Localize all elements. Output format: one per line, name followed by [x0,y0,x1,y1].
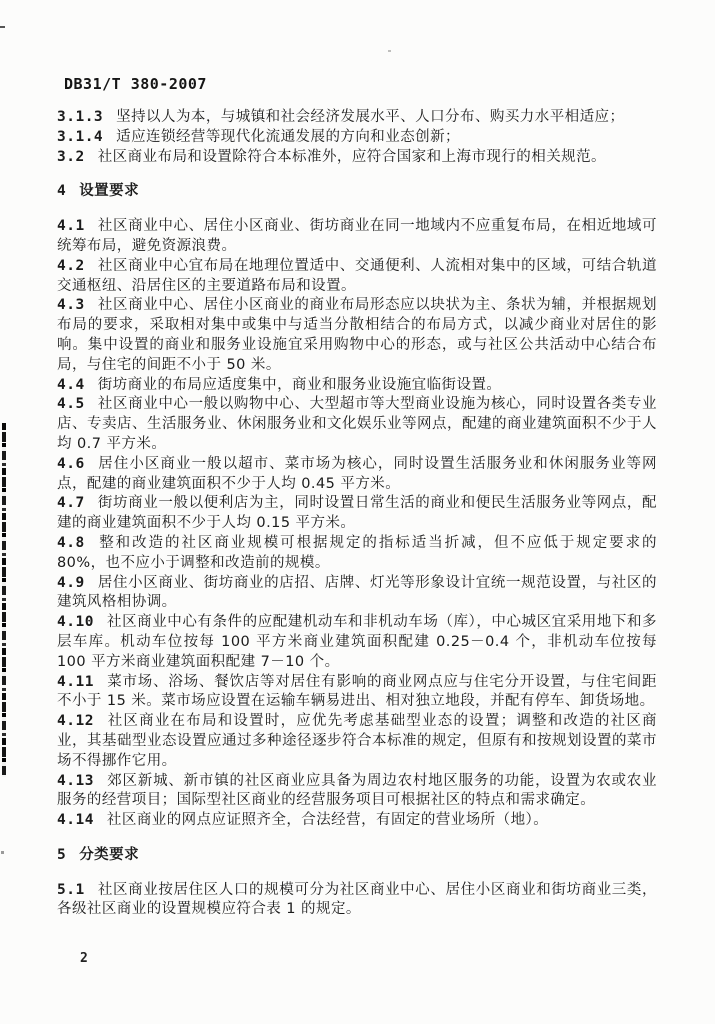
clause-text: 社区商业按居住区人口的规模可分为社区商业中心、居住小区商业和街坊商业三类，各级社… [57,882,657,918]
page-number: 2 [80,951,88,966]
clause-text: 坚持以人为本，与城镇和社会经济发展水平、人口分布、购买力水平相适应； [116,109,624,125]
clause-number: 3.2 [57,149,85,165]
clause-number: 5.1 [57,882,85,898]
clause-paragraph: 4.14社区商业的网点应证照齐全，合法经营，有固定的营业场所（地）。 [57,811,657,831]
section-heading: 5分类要求 [57,846,657,866]
clause-paragraph: 3.1.3坚持以人为本，与城镇和社会经济发展水平、人口分布、购买力水平相适应； [57,108,657,128]
clause-number: 4.6 [57,456,85,472]
clause-number: 4.13 [57,773,94,789]
clause-number: 4.9 [57,575,85,591]
clause-paragraph: 4.10社区商业中心有条件的应配建机动车和非机动车场（库），中心城区宜采用地下和… [57,613,657,672]
clause-number: 4.5 [57,396,85,412]
clause-text: 适应连锁经营等现代化流通发展的方向和业态创新； [116,129,460,145]
clause-text: 社区商业中心一般以购物中心、大型超市等大型商业设施为核心，同时设置各类专业店、专… [57,396,657,452]
clause-paragraph: 4.13郊区新城、新市镇的社区商业应具备为周边农村地区服务的功能，设置为农或农业… [57,772,657,812]
clause-number: 4.8 [57,535,85,551]
clause-text: 社区商业中心、居住小区商业的商业布局形态应以块状为主、条状为辅，并根据规划布局的… [57,297,657,372]
clause-number: 4.4 [57,377,85,393]
clause-text: 社区商业的网点应证照齐全，合法经营，有固定的营业场所（地）。 [107,812,548,828]
clause-number: 4.12 [57,713,94,729]
clause-text: 街坊商业一般以便利店为主，同时设置日常生活的商业和便民生活服务业等网点，配建的商… [57,495,657,531]
clause-number: 4.11 [57,674,94,690]
clause-text: 郊区新城、新市镇的社区商业应具备为周边农村地区服务的功能，设置为农或农业服务的经… [57,773,657,809]
clause-text: 社区商业在布局和设置时，应优先考虑基础型业态的设置；调整和改造的社区商业，其基础… [57,713,657,769]
clause-paragraph: 3.2社区商业布局和设置除符合本标准外，应符合国家和上海市现行的相关规范。 [57,148,657,168]
clause-text: 社区商业布局和设置除符合本标准外，应符合国家和上海市现行的相关规范。 [98,149,606,165]
clause-text: 居住小区商业一般以超市、菜市场为核心，同时设置生活服务业和休闲服务业等网点，配建… [57,456,657,492]
clause-paragraph: 4.12社区商业在布局和设置时，应优先考虑基础型业态的设置；调整和改造的社区商业… [57,712,657,771]
clause-paragraph: 4.6居住小区商业一般以超市、菜市场为核心，同时设置生活服务业和休闲服务业等网点… [57,455,657,495]
clause-text: 菜市场、浴场、餐饮店等对居住有影响的商业网点应与住宅分开设置，与住宅间距不小于 … [57,674,657,710]
clause-number: 3.1.4 [57,129,103,145]
document-code: DB31/T 380-2007 [64,75,207,93]
document-page: DB31/T 380-2007 3.1.3坚持以人为本，与城镇和社会经济发展水平… [0,0,715,1024]
scan-artifact-dash [0,26,5,28]
clause-text: 社区商业中心有条件的应配建机动车和非机动车场（库），中心城区宜采用地下和多层车库… [57,614,657,670]
clause-paragraph: 4.3社区商业中心、居住小区商业的商业布局形态应以块状为主、条状为辅，并根据规划… [57,296,657,375]
clause-paragraph: 3.1.4适应连锁经营等现代化流通发展的方向和业态创新； [57,128,657,148]
clause-text: 整和改造的社区商业规模可根据规定的指标适当折减，但不应低于规定要求的 80%，也… [57,535,657,571]
scan-artifact-dot [1,851,4,854]
clause-paragraph: 4.2社区商业中心宜布局在地理位置适中、交通便利、人流相对集中的区域，可结合轨道… [57,257,657,297]
clause-number: 4.10 [57,614,94,630]
clause-text: 设置要求 [79,183,139,199]
section-heading: 4设置要求 [57,182,657,202]
scan-artifact-strip [2,423,6,777]
document-body: 3.1.3坚持以人为本，与城镇和社会经济发展水平、人口分布、购买力水平相适应；3… [57,108,657,920]
clause-number: 4.1 [57,218,85,234]
clause-text: 社区商业中心、居住小区商业、街坊商业在同一地域内不应重复布局，在相近地域可统筹布… [57,218,657,254]
clause-text: 街坊商业的布局应适度集中，商业和服务业设施宜临街设置。 [98,377,502,393]
clause-paragraph: 4.5社区商业中心一般以购物中心、大型超市等大型商业设施为核心，同时设置各类专业… [57,395,657,454]
clause-text: 分类要求 [79,847,139,863]
clause-paragraph: 4.8整和改造的社区商业规模可根据规定的指标适当折减，但不应低于规定要求的 80… [57,534,657,574]
clause-paragraph: 4.11菜市场、浴场、餐饮店等对居住有影响的商业网点应与住宅分开设置，与住宅间距… [57,673,657,713]
clause-number: 4.14 [57,812,94,828]
clause-number: 4 [57,183,66,199]
clause-number: 3.1.3 [57,109,103,125]
clause-text: 居住小区商业、街坊商业的店招、店牌、灯光等形象设计宜统一规范设置，与社区的建筑风… [57,575,657,611]
clause-paragraph: 4.9居住小区商业、街坊商业的店招、店牌、灯光等形象设计宜统一规范设置，与社区的… [57,574,657,614]
clause-text: 社区商业中心宜布局在地理位置适中、交通便利、人流相对集中的区域，可结合轨道交通枢… [57,258,657,294]
scan-speck [388,50,391,52]
clause-paragraph: 4.1社区商业中心、居住小区商业、街坊商业在同一地域内不应重复布局，在相近地域可… [57,217,657,257]
clause-number: 5 [57,847,66,863]
clause-paragraph: 4.4街坊商业的布局应适度集中，商业和服务业设施宜临街设置。 [57,376,657,396]
clause-paragraph: 4.7街坊商业一般以便利店为主，同时设置日常生活的商业和便民生活服务业等网点，配… [57,494,657,534]
clause-number: 4.7 [57,495,85,511]
clause-number: 4.2 [57,258,85,274]
clause-paragraph: 5.1社区商业按居住区人口的规模可分为社区商业中心、居住小区商业和街坊商业三类，… [57,881,657,921]
clause-number: 4.3 [57,297,85,313]
